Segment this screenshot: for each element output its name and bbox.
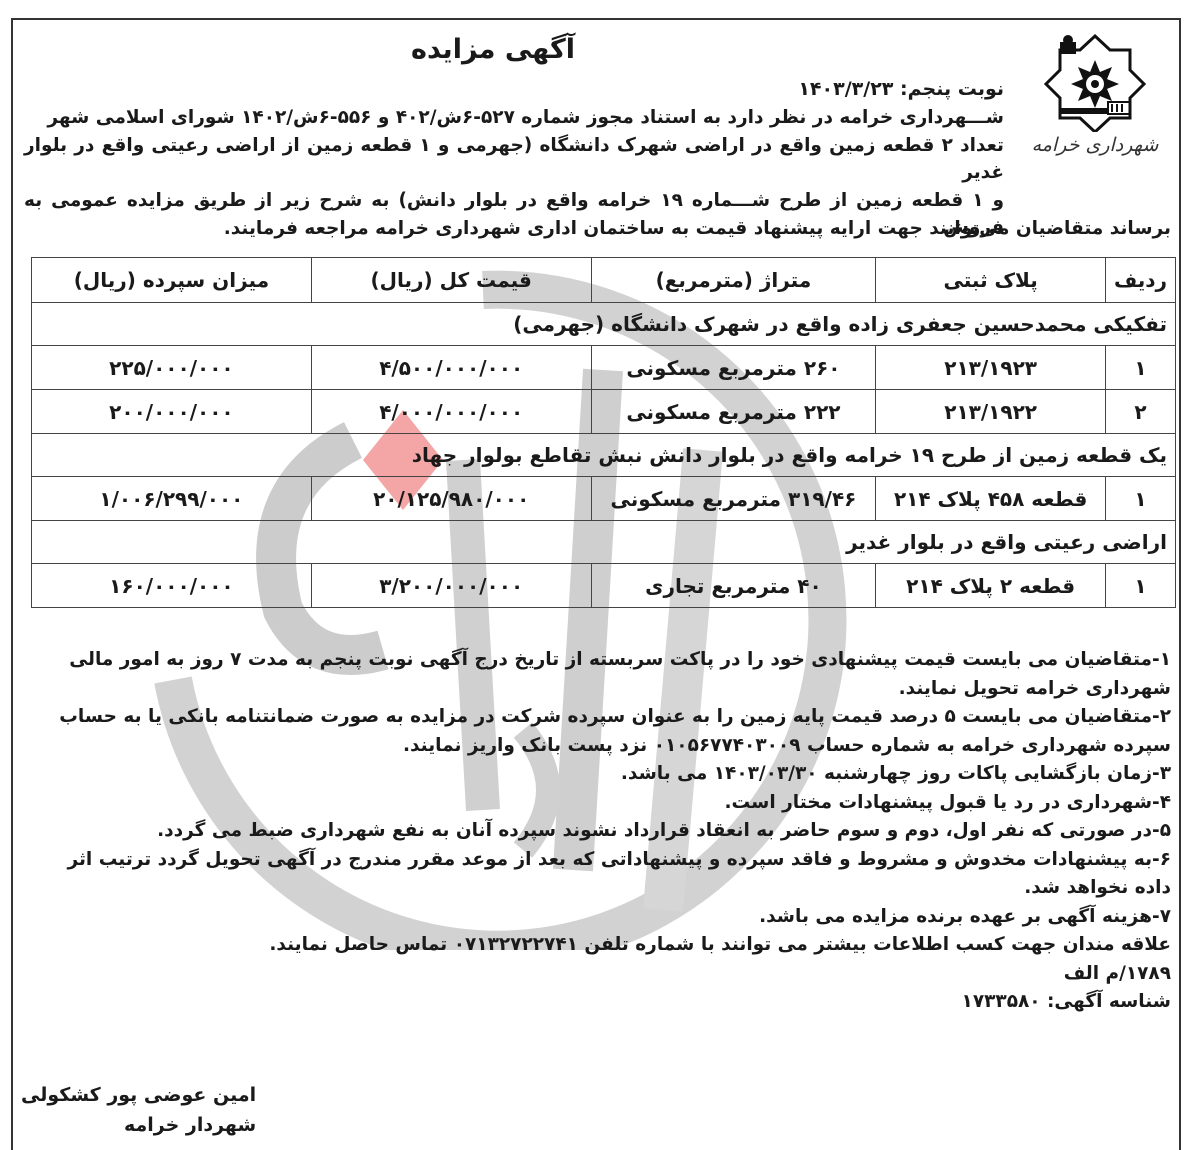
cell-deposit: ۱/۰۰۶/۲۹۹/۰۰۰ xyxy=(32,477,312,521)
term-item: ۲-متقاضیان می بایست ۵ درصد قیمت پایه زمی… xyxy=(19,703,1171,732)
section-row: یک قطعه زمین از طرح ۱۹ خرامه واقع در بلو… xyxy=(32,434,1176,477)
section-row: تفکیکی محمدحسین جعفری زاده واقع در شهرک … xyxy=(32,303,1176,346)
signatory-name: امین عوضی پور کشکولی xyxy=(21,1080,256,1110)
term-item: ۵-در صورتی که نفر اول، دوم و سوم حاضر به… xyxy=(19,817,1171,846)
municipality-logo: شهرداری خرامه xyxy=(1025,32,1165,162)
khorameh-municipality-logo-icon xyxy=(1030,32,1160,132)
cell-row-number: ۲ xyxy=(1106,390,1176,434)
header-plate: پلاک ثبتی xyxy=(876,258,1106,303)
cell-price: ۳/۲۰۰/۰۰۰/۰۰۰ xyxy=(311,564,591,608)
reference-code: ۱۷۸۹/م الف xyxy=(19,960,1171,989)
cell-deposit: ۲۰۰/۰۰۰/۰۰۰ xyxy=(32,390,312,434)
cell-row-number: ۱ xyxy=(1106,564,1176,608)
cell-row-number: ۱ xyxy=(1106,346,1176,390)
signatory-role: شهردار خرامه xyxy=(21,1110,256,1140)
cell-price: ۲۰/۱۲۵/۹۸۰/۰۰۰ xyxy=(311,477,591,521)
auction-notice: شهرداری خرامه آگهی مزایده نوبت پنجم: ۱۴۰… xyxy=(11,18,1181,1150)
header-area: متراژ (مترمربع) xyxy=(591,258,876,303)
header-price: قیمت کل (ریال) xyxy=(311,258,591,303)
cell-area: ۲۶۰ مترمربع مسکونی xyxy=(591,346,876,390)
cell-deposit: ۲۲۵/۰۰۰/۰۰۰ xyxy=(32,346,312,390)
term-item-continuation: داده نخواهد شد. xyxy=(19,874,1171,903)
term-item: ۳-زمان بازگشایی پاکات روز چهارشنبه ۱۴۰۳/… xyxy=(19,760,1171,789)
signature-block: امین عوضی پور کشکولی شهردار خرامه xyxy=(21,1080,256,1140)
term-item-continuation: شهرداری خرامه تحویل نمایند. xyxy=(19,675,1171,704)
term-item-continuation: سپرده شهرداری خرامه به شماره حساب ۰۱۰۵۶۷… xyxy=(19,732,1171,761)
notice-title: آگهی مزایده xyxy=(13,34,973,65)
cell-area: ۳۱۹/۴۶ مترمربع مسکونی xyxy=(591,477,876,521)
intro-line: شـــهرداری خرامه در نظر دارد به استناد م… xyxy=(24,104,1004,132)
term-item: ۷-هزینه آگهی بر عهده برنده مزایده می باش… xyxy=(19,903,1171,932)
term-item: ۶-به پیشنهادات مخدوش و مشروط و فاقد سپرد… xyxy=(19,846,1171,875)
notice-id: شناسه آگهی: ۱۷۳۳۵۸۰ xyxy=(19,988,1171,1017)
cell-price: ۴/۵۰۰/۰۰۰/۰۰۰ xyxy=(311,346,591,390)
section-title: اراضی رعیتی واقع در بلوار غدیر xyxy=(32,521,1176,564)
table-header-row: ردیف پلاک ثبتی متراژ (مترمربع) قیمت کل (… xyxy=(32,258,1176,303)
table-row: ۱ قطعه ۴۵۸ پلاک ۲۱۴ ۳۱۹/۴۶ مترمربع مسکون… xyxy=(32,477,1176,521)
section-title: یک قطعه زمین از طرح ۱۹ خرامه واقع در بلو… xyxy=(32,434,1176,477)
auction-table: ردیف پلاک ثبتی متراژ (مترمربع) قیمت کل (… xyxy=(31,257,1176,608)
cell-area: ۲۲۲ مترمربع مسکونی xyxy=(591,390,876,434)
table-row: ۱ قطعه ۲ پلاک ۲۱۴ ۴۰ مترمربع تجاری ۳/۲۰۰… xyxy=(32,564,1176,608)
cell-plate: ۲۱۳/۱۹۲۲ xyxy=(876,390,1106,434)
intro-line-last: برساند متقاضیان می‌توانند جهت ارایه پیشن… xyxy=(21,215,1171,242)
cell-plate: قطعه ۴۵۸ پلاک ۲۱۴ xyxy=(876,477,1106,521)
header-deposit: میزان سپرده (ریال) xyxy=(32,258,312,303)
term-item: ۱-متقاضیان می بایست قیمت پیشنهادی خود را… xyxy=(19,646,1171,675)
cell-deposit: ۱۶۰/۰۰۰/۰۰۰ xyxy=(32,564,312,608)
table-row: ۲ ۲۱۳/۱۹۲۲ ۲۲۲ مترمربع مسکونی ۴/۰۰۰/۰۰۰/… xyxy=(32,390,1176,434)
header-row-number: ردیف xyxy=(1106,258,1176,303)
section-title: تفکیکی محمدحسین جعفری زاده واقع در شهرک … xyxy=(32,303,1176,346)
cell-plate: قطعه ۲ پلاک ۲۱۴ xyxy=(876,564,1106,608)
cell-plate: ۲۱۳/۱۹۲۳ xyxy=(876,346,1106,390)
contact-info: علاقه مندان جهت کسب اطلاعات بیشتر می توا… xyxy=(19,931,1171,960)
term-item: ۴-شهرداری در رد یا قبول پیشنهادات مختار … xyxy=(19,789,1171,818)
terms-list: ۱-متقاضیان می بایست قیمت پیشنهادی خود را… xyxy=(19,646,1171,1017)
logo-caption: شهرداری خرامه xyxy=(1025,134,1165,156)
section-row: اراضی رعیتی واقع در بلوار غدیر xyxy=(32,521,1176,564)
cell-price: ۴/۰۰۰/۰۰۰/۰۰۰ xyxy=(311,390,591,434)
cell-row-number: ۱ xyxy=(1106,477,1176,521)
intro-line: تعداد ۲ قطعه زمین واقع در اراضی شهرک دان… xyxy=(24,132,1004,187)
cell-area: ۴۰ مترمربع تجاری xyxy=(591,564,876,608)
table-row: ۱ ۲۱۳/۱۹۲۳ ۲۶۰ مترمربع مسکونی ۴/۵۰۰/۰۰۰/… xyxy=(32,346,1176,390)
issue-date: نوبت پنجم: ۱۴۰۳/۳/۲۳ xyxy=(798,78,1004,100)
